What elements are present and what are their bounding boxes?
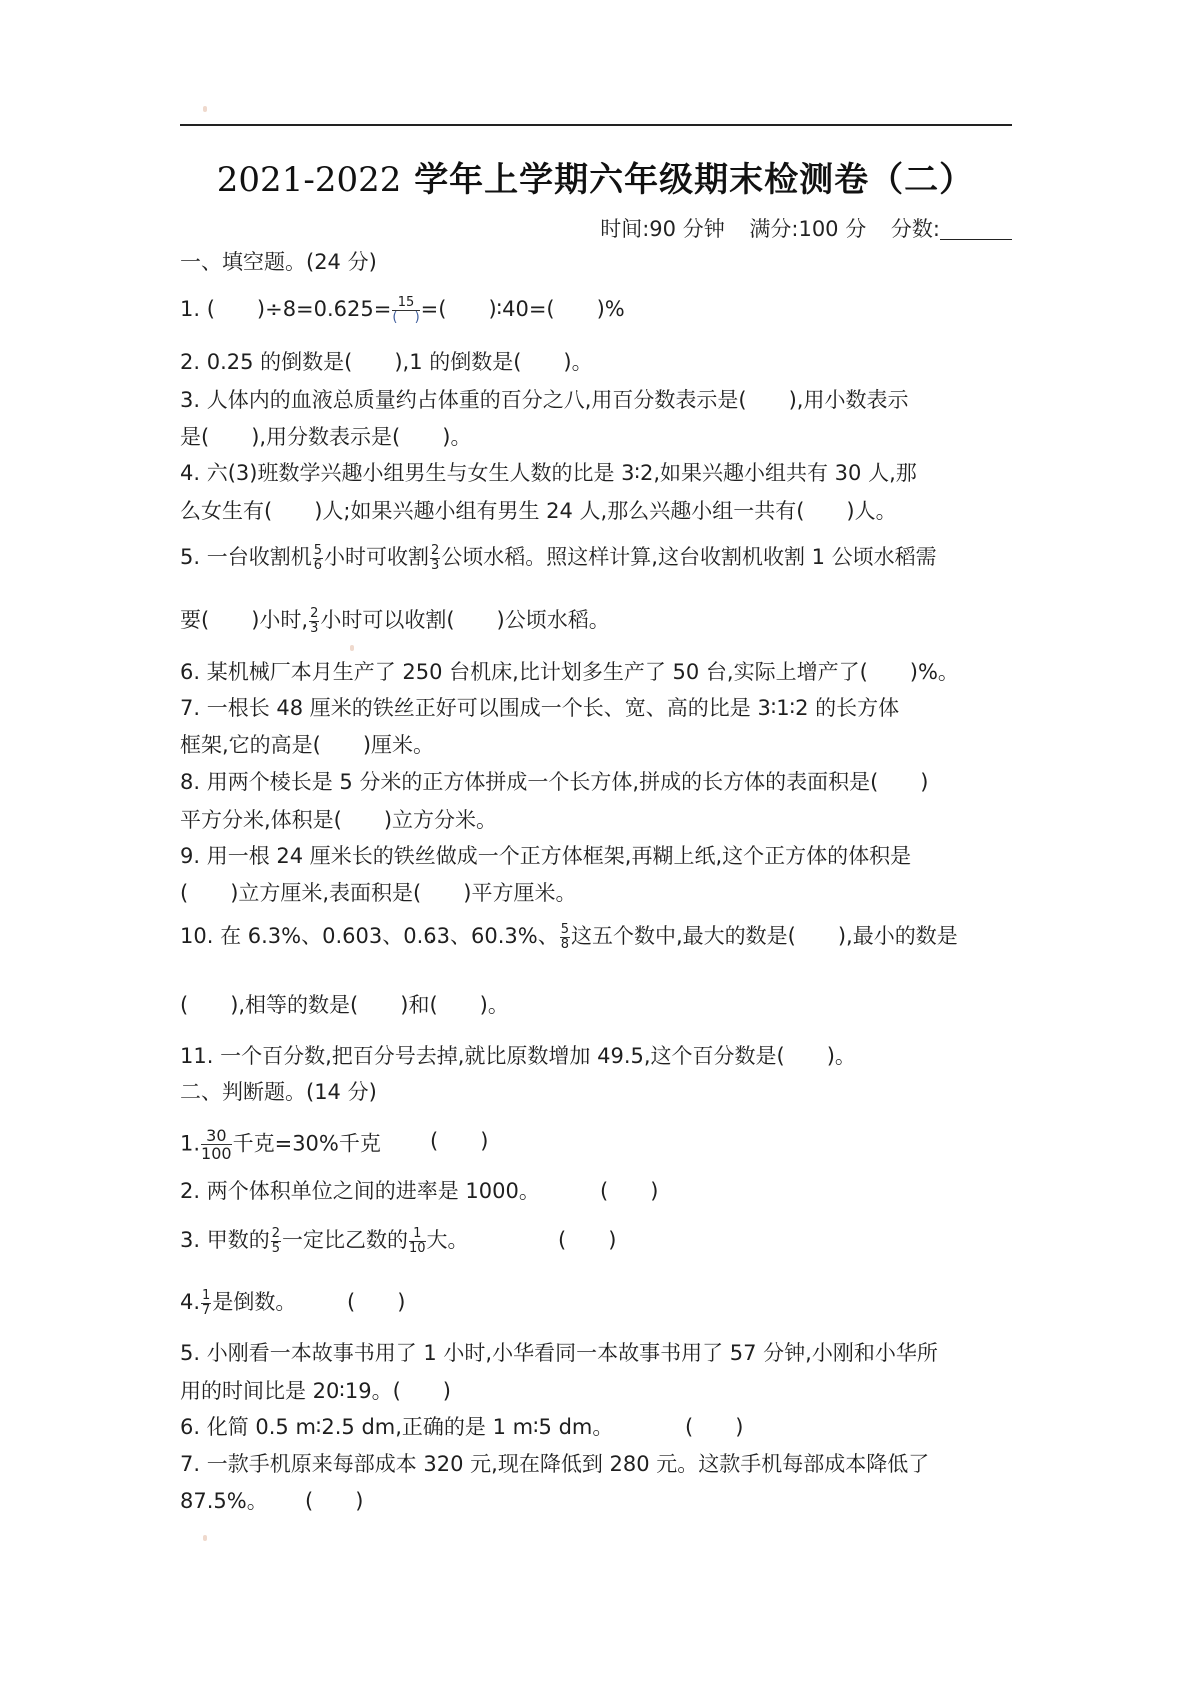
answer-paren[interactable]: ( )	[685, 1413, 743, 1441]
j1-text: 千克=30%千克	[233, 1132, 381, 1156]
fraction: 17	[201, 1289, 211, 1318]
q5-text-b: 小时可收割	[324, 545, 429, 569]
frac-den: 3	[309, 622, 319, 636]
scan-speck	[350, 645, 354, 651]
title-text: 学年上学期六年级期末检测卷（二）	[414, 160, 974, 200]
j2-text: 2. 两个体积单位之间的进率是 1000。	[180, 1179, 540, 1203]
question-5-line1: 5. 一台收割机56小时可收割23公顷水稻。照这样计算,这台收割机收割 1 公顷…	[180, 543, 937, 573]
header-rule	[180, 124, 1012, 126]
j4-number: 4.	[180, 1290, 200, 1314]
judge-7-line1: 7. 一款手机原来每部成本 320 元,现在降低到 280 元。这款手机每部成本…	[180, 1450, 929, 1478]
score-blank[interactable]	[940, 219, 1012, 240]
fraction: 110	[409, 1227, 426, 1256]
frac-num: 2	[271, 1227, 281, 1242]
exam-full-score: 满分:100 分	[749, 217, 866, 241]
q10-text-c: 这五个数中,最大的数是( ),最小的数是	[571, 924, 958, 948]
question-3-line2: 是( ),用分数表示是( )。	[180, 423, 471, 451]
frac-den: 8	[560, 938, 570, 952]
question-3-line1: 3. 人体内的血液总质量约占体重的百分之八,用百分数表示是( ),用小数表示	[180, 386, 908, 414]
q1-text-a: 1. ( )÷8=0.625=	[180, 297, 391, 321]
fraction: 15( )	[392, 296, 419, 325]
j4-text: 是倒数。	[212, 1290, 296, 1314]
judge-5-line1: 5. 小刚看一本故事书用了 1 小时,小华看同一本故事书用了 57 分钟,小刚和…	[180, 1339, 938, 1367]
frac-num: 5	[560, 923, 570, 938]
j3-text-b: 一定比乙数的	[282, 1228, 408, 1252]
judge-7-line2: 87.5%。 ( )	[180, 1487, 268, 1515]
judge-5-line2: 用的时间比是 20∶19。( )	[180, 1377, 451, 1405]
question-8-line1: 8. 用两个棱长是 5 分米的正方体拼成一个长方体,拼成的长方体的表面积是( )	[180, 768, 928, 796]
question-10-line2: ( ),相等的数是( )和( )。	[180, 991, 509, 1019]
title-year: 2021-2022	[217, 160, 402, 200]
repeating-decimal: 63	[423, 922, 450, 950]
answer-paren[interactable]: ( )	[430, 1127, 488, 1155]
frac-den: 10	[409, 1242, 426, 1256]
answer-paren[interactable]: ( )	[600, 1177, 658, 1205]
frac-num: 1	[409, 1227, 426, 1242]
j3-text-a: 3. 甲数的	[180, 1228, 270, 1252]
judge-4: 4.17是倒数。 ( )	[180, 1288, 296, 1318]
frac-num: 5	[313, 544, 323, 559]
j6-text: 6. 化简 0.5 m∶2.5 dm,正确的是 1 m∶5 dm。	[180, 1415, 613, 1439]
q5-text-c: 公顷水稻。照这样计算,这台收割机收割 1 公顷水稻需	[441, 545, 936, 569]
question-2: 2. 0.25 的倒数是( ),1 的倒数是( )。	[180, 348, 593, 376]
fraction: 23	[430, 544, 440, 573]
question-9-line2: ( )立方厘米,表面积是( )平方厘米。	[180, 879, 576, 907]
q10-text-b: 、60.3%、	[450, 924, 559, 948]
judge-1: 1.30100千克=30%千克 ( )	[180, 1127, 381, 1162]
exam-meta: 时间:90 分钟 满分:100 分 分数:	[582, 213, 1012, 243]
answer-paren[interactable]: ( )	[558, 1226, 616, 1254]
frac-num: 15	[392, 296, 419, 311]
score-label: 分数:	[891, 217, 940, 241]
scan-speck	[203, 1535, 207, 1541]
section-heading-fill-in: 一、填空题。(24 分)	[180, 248, 377, 276]
question-6: 6. 某机械厂本月生产了 250 台机床,比计划多生产了 50 台,实际上增产了…	[180, 658, 959, 686]
frac-num: 1	[201, 1289, 211, 1304]
q5-text-a: 5. 一台收割机	[180, 545, 312, 569]
fraction: 25	[271, 1227, 281, 1256]
frac-den: 3	[430, 559, 440, 573]
question-7-line1: 7. 一根长 48 厘米的铁丝正好可以围成一个长、宽、高的比是 3∶1∶2 的长…	[180, 694, 899, 722]
question-8-line2: 平方分米,体积是( )立方分米。	[180, 806, 497, 834]
exam-time: 时间:90 分钟	[600, 217, 724, 241]
judge-6: 6. 化简 0.5 m∶2.5 dm,正确的是 1 m∶5 dm。 ( )	[180, 1413, 613, 1441]
question-10-line1: 10. 在 6.3%、0.603、0.63、60.3%、58这五个数中,最大的数…	[180, 922, 958, 952]
question-4-line1: 4. 六(3)班数学兴趣小组男生与女生人数的比是 3∶2,如果兴趣小组共有 30…	[180, 459, 917, 487]
j1-number: 1.	[180, 1132, 200, 1156]
question-9-line1: 9. 用一根 24 厘米长的铁丝做成一个正方体框架,再糊上纸,这个正方体的体积是	[180, 842, 911, 870]
question-4-line2: 么女生有( )人;如果兴趣小组有男生 24 人,那么兴趣小组一共有( )人。	[180, 497, 897, 525]
section-heading-true-false: 二、判断题。(14 分)	[180, 1078, 377, 1106]
fraction: 58	[560, 923, 570, 952]
judge-3: 3. 甲数的25一定比乙数的110大。 ( )	[180, 1226, 469, 1256]
j3-text-c: 大。	[427, 1228, 469, 1252]
question-1: 1. ( )÷8=0.625=15( )=( )∶40=( )%	[180, 295, 625, 325]
j7-text: 87.5%。	[180, 1489, 268, 1513]
frac-den: 6	[313, 559, 323, 573]
q1-text-b: =( )∶40=( )%	[421, 297, 625, 321]
answer-paren[interactable]: ( )	[305, 1487, 363, 1515]
q5-text-d: 要( )小时,	[180, 608, 308, 632]
answer-paren[interactable]: ( )	[347, 1288, 405, 1316]
frac-num: 2	[309, 607, 319, 622]
frac-num: 30	[201, 1127, 232, 1145]
q5-text-e: 小时可以收割( )公顷水稻。	[320, 608, 609, 632]
judge-2: 2. 两个体积单位之间的进率是 1000。 ( )	[180, 1177, 540, 1205]
q10-text-a: 10. 在 6.3%、0.603、0.	[180, 924, 423, 948]
scan-speck	[203, 106, 207, 112]
question-7-line2: 框架,它的高是( )厘米。	[180, 731, 434, 759]
question-5-line2: 要( )小时,23小时可以收割( )公顷水稻。	[180, 606, 610, 636]
question-11: 11. 一个百分数,把百分号去掉,就比原数增加 49.5,这个百分数是( )。	[180, 1042, 856, 1070]
frac-den: 100	[201, 1145, 232, 1162]
frac-den: ( )	[392, 311, 419, 325]
frac-den: 7	[201, 1304, 211, 1318]
page-title: 2021-2022 学年上学期六年级期末检测卷（二）	[0, 152, 1191, 201]
frac-num: 2	[430, 544, 440, 559]
frac-den: 5	[271, 1242, 281, 1256]
fraction: 56	[313, 544, 323, 573]
fraction: 30100	[201, 1127, 232, 1162]
fraction: 23	[309, 607, 319, 636]
